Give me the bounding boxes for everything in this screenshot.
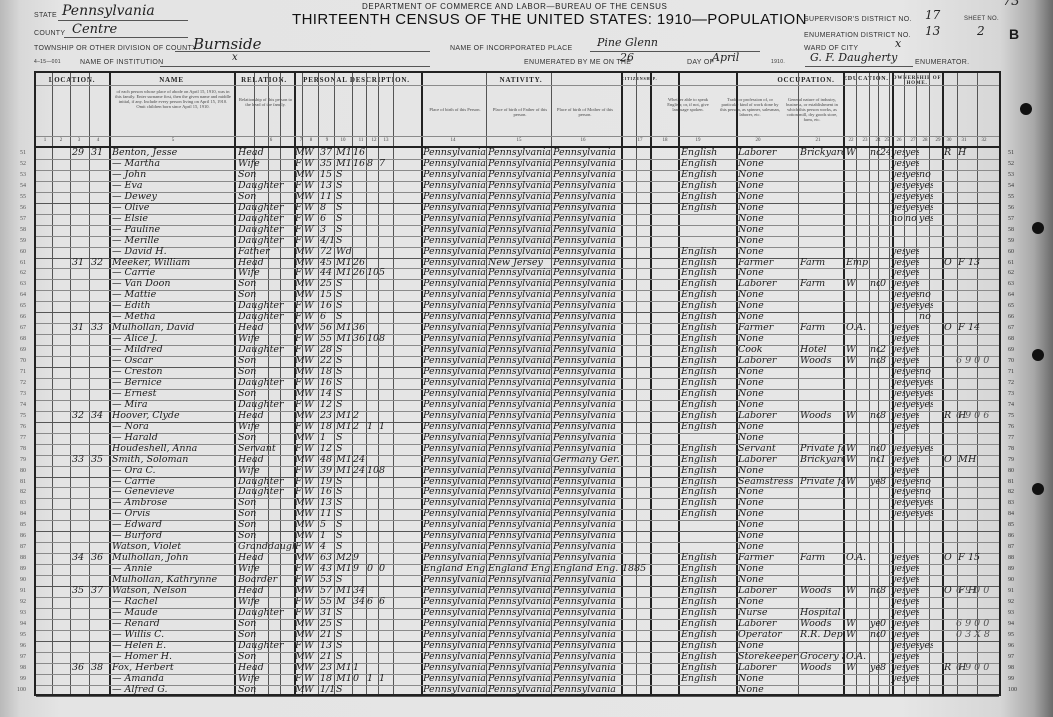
age: 12	[320, 400, 334, 410]
relation: Head	[238, 411, 294, 421]
person-name: Hoover, Clyde	[112, 411, 234, 421]
trade: None	[738, 597, 798, 607]
years-married: 16	[353, 148, 366, 158]
line-number-right: 81	[1008, 479, 1014, 485]
year-label: 1910.	[771, 59, 785, 65]
marital-status: S	[336, 509, 352, 519]
children-born: 1	[367, 422, 378, 432]
birth-place: Pennsylvania	[423, 509, 487, 519]
trade: None	[738, 520, 798, 530]
race: W	[304, 378, 316, 388]
marital-status: S	[336, 290, 352, 300]
relation: Daughter	[238, 477, 294, 487]
age: 21	[320, 652, 334, 662]
table-row: — MildredDaughterFW28SPennsylvaniaPennsy…	[36, 345, 999, 356]
table-row: — CrestonSonMW18SPennsylvaniaPennsylvani…	[36, 367, 999, 378]
immigration-year: 1885	[622, 564, 650, 574]
can-write: yes	[905, 345, 919, 355]
county-label: County	[34, 30, 65, 37]
industry: Hotel	[800, 345, 845, 355]
language: English	[681, 367, 737, 377]
line-number: 79	[6, 457, 26, 463]
age: 13	[320, 641, 334, 651]
birth-place: Pennsylvania	[423, 444, 487, 454]
mother-birth-place: Pennsylvania	[553, 334, 619, 344]
mother-birth-place: Pennsylvania	[553, 433, 619, 443]
person-name: Mulhollan, Kathrynne	[112, 575, 234, 585]
line-number: 59	[6, 238, 26, 244]
can-write: yes	[905, 400, 919, 410]
can-write: yes	[905, 279, 919, 289]
sex: M	[295, 433, 304, 443]
table-row: — BurfordSonMW1SPennsylvaniaPennsylvania…	[36, 531, 999, 542]
table-row: — Alfred G.SonMW1/12SPennsylvaniaPennsyl…	[36, 685, 999, 696]
father-birth-place: Pennsylvania	[488, 619, 552, 629]
table-row: — RachelWifeFW55M3466PennsylvaniaPennsyl…	[36, 597, 999, 608]
language: English	[681, 509, 737, 519]
table-row: — MiraDaughterFW12SPennsylvaniaPennsylva…	[36, 400, 999, 411]
language: English	[681, 498, 737, 508]
race: W	[304, 520, 316, 530]
race: W	[304, 389, 316, 399]
line-number: 64	[6, 292, 26, 298]
header-divider	[36, 136, 999, 137]
can-read: yes	[891, 247, 905, 257]
sex: M	[295, 619, 304, 629]
family-number: 36	[91, 553, 109, 563]
column-number: 19	[691, 138, 705, 143]
birth-place: Pennsylvania	[423, 312, 487, 322]
enumerator-name: G. F. Daugherty	[810, 51, 897, 64]
father-birth-place: Pennsylvania	[488, 652, 552, 662]
father-birth-place: Pennsylvania	[488, 279, 552, 289]
marital-status: S	[336, 531, 352, 541]
mother-birth-place: Pennsylvania	[553, 323, 619, 333]
age: 4/12	[320, 236, 334, 246]
birth-place: Pennsylvania	[423, 455, 487, 465]
line-number-right: 70	[1008, 358, 1014, 364]
children-living: 8	[379, 334, 391, 344]
line-number-right: 73	[1008, 391, 1014, 397]
mother-birth-place: Pennsylvania	[553, 498, 619, 508]
out-of-work: no	[870, 444, 880, 454]
mother-birth-place: Pennsylvania	[553, 444, 619, 454]
column-number: 6	[264, 138, 278, 143]
marital-status: S	[336, 225, 352, 235]
punch-hole	[1020, 103, 1032, 115]
father-birth-place: Pennsylvania	[488, 312, 552, 322]
marital-status: M1	[336, 586, 352, 596]
age: 15	[320, 290, 334, 300]
mother-birth-place: Pennsylvania	[553, 531, 619, 541]
sex: M	[295, 498, 304, 508]
mother-birth-place: Pennsylvania	[553, 367, 619, 377]
marital-status: M1	[336, 334, 352, 344]
employer-status: W	[846, 411, 868, 421]
age: 25	[320, 619, 334, 629]
language: English	[681, 312, 737, 322]
table-row: — RenardSonMW25SPennsylvaniaPennsylvania…	[36, 619, 999, 630]
column-number: 3	[72, 138, 86, 143]
children-born: 8	[367, 159, 378, 169]
language: English	[681, 268, 737, 278]
race: W	[304, 214, 316, 224]
underline	[175, 51, 430, 52]
trade: None	[738, 400, 798, 410]
trade: None	[738, 674, 798, 684]
industry: Farm	[800, 323, 845, 333]
language: English	[681, 279, 737, 289]
line-number: 100	[6, 687, 26, 693]
enumeration-district: 13	[925, 24, 940, 38]
can-read: yes	[891, 674, 905, 684]
relation: Son	[238, 192, 294, 202]
column-number: 8	[304, 138, 318, 143]
race: W	[304, 641, 316, 651]
owned-rented: O	[944, 323, 957, 333]
underline	[160, 66, 430, 67]
relation: Servant	[238, 444, 294, 454]
table-row: — CarrieDaughterFW19SPennsylvaniaPennsyl…	[36, 477, 999, 488]
enumerated-label: Enumerated by me on the	[524, 59, 631, 66]
can-read: yes	[891, 367, 905, 377]
line-number: 68	[6, 336, 26, 342]
trade: None	[738, 367, 798, 377]
relation: Daughter	[238, 378, 294, 388]
person-name: — Eva	[112, 181, 234, 191]
line-number-right: 99	[1008, 676, 1014, 682]
column-number: 28	[918, 138, 932, 143]
line-number: 78	[6, 446, 26, 452]
race: W	[304, 247, 316, 257]
person-name: — Creston	[112, 367, 234, 377]
trade: None	[738, 181, 798, 191]
trade: Storekeeper	[738, 652, 798, 662]
language: English	[681, 652, 737, 662]
relation: Wife	[238, 564, 294, 574]
line-number: 72	[6, 380, 26, 386]
race: W	[304, 345, 316, 355]
person-name: — Bernice	[112, 378, 234, 388]
marital-status: S	[336, 477, 352, 487]
person-name: — Orvis	[112, 509, 234, 519]
line-number: 53	[6, 172, 26, 178]
table-row: — DeweySonMW11SPennsylvaniaPennsylvaniaP…	[36, 192, 999, 203]
line-number-right: 65	[1008, 303, 1014, 309]
trade: None	[738, 290, 798, 300]
farm-schedule: 15	[968, 553, 980, 563]
out-of-work: no	[870, 279, 880, 289]
can-write: yes	[905, 663, 919, 673]
years-married: 24	[353, 466, 366, 476]
can-write: yes	[905, 258, 919, 268]
line-number: 63	[6, 281, 26, 287]
race: W	[304, 487, 316, 497]
marital-status: S	[336, 312, 352, 322]
can-write: yes	[905, 477, 919, 487]
farm-house: F	[958, 553, 968, 563]
sex: M	[295, 630, 304, 640]
birth-place: Pennsylvania	[423, 225, 487, 235]
can-write: yes	[905, 509, 919, 519]
marital-status: S	[336, 487, 352, 497]
age: 11	[320, 509, 334, 519]
can-write: yes	[905, 608, 919, 618]
table-row: — JohnSonMW15SPennsylvaniaPennsylvaniaPe…	[36, 170, 999, 181]
attended-school: no	[919, 290, 933, 300]
race: W	[304, 203, 316, 213]
line-number-right: 66	[1008, 314, 1014, 320]
line-number: 99	[6, 676, 26, 682]
birth-place: Pennsylvania	[423, 608, 487, 618]
line-number: 89	[6, 566, 26, 572]
line-number: 87	[6, 544, 26, 550]
age: 37	[320, 148, 334, 158]
table-row: Watson, VioletGranddaughterFW4SPennsylva…	[36, 542, 999, 553]
age: 13	[320, 181, 334, 191]
birth-place: Pennsylvania	[423, 192, 487, 202]
race: W	[304, 301, 316, 311]
column-number: 31	[957, 138, 971, 143]
line-number-right: 75	[1008, 413, 1014, 419]
trade: Nurse	[738, 608, 798, 618]
section-nativity: Nativity.	[421, 76, 621, 84]
father-birth-place: Pennsylvania	[488, 641, 552, 651]
can-read: yes	[891, 400, 905, 410]
person-name: — Renard	[112, 619, 234, 629]
table-row: — AnnieWifeFW43M1900England Eng.England …	[36, 564, 999, 575]
line-number: 61	[6, 260, 26, 266]
marital-status: S	[336, 279, 352, 289]
trade: Seamstress	[738, 477, 798, 487]
years-married: 36	[353, 334, 366, 344]
language: English	[681, 455, 737, 465]
line-number-right: 54	[1008, 183, 1014, 189]
line-number: 86	[6, 533, 26, 539]
trade: None	[738, 159, 798, 169]
trade: None	[738, 564, 798, 574]
mother-birth-place: Pennsylvania	[553, 542, 619, 552]
age: 5	[320, 520, 334, 530]
father-birth-place: Pennsylvania	[488, 181, 552, 191]
person-name: — John	[112, 170, 234, 180]
birth-place: Pennsylvania	[423, 301, 487, 311]
race: W	[304, 663, 316, 673]
code-marks: 6 9 0 0	[956, 586, 1001, 596]
race: W	[304, 400, 316, 410]
can-read: yes	[891, 148, 905, 158]
line-number-right: 56	[1008, 205, 1014, 211]
employer-status: O.A.	[846, 652, 868, 662]
can-write: yes	[905, 411, 919, 421]
owned-rented: O	[944, 553, 957, 563]
sex: M	[295, 323, 304, 333]
language: English	[681, 258, 737, 268]
line-number: 85	[6, 522, 26, 528]
father-birth-place: Pennsylvania	[488, 170, 552, 180]
line-number-right: 83	[1008, 500, 1014, 506]
language: English	[681, 597, 737, 607]
father-birth-place: Pennsylvania	[488, 301, 552, 311]
row-divider	[36, 696, 999, 697]
age: 13	[320, 498, 334, 508]
line-number: 66	[6, 314, 26, 320]
father-birth-place: Pennsylvania	[488, 663, 552, 673]
father-birth-place: Pennsylvania	[488, 575, 552, 585]
industry: Woods	[800, 619, 845, 629]
can-write: yes	[905, 203, 919, 213]
language: English	[681, 148, 737, 158]
relation: Head	[238, 586, 294, 596]
person-name: — Ora C.	[112, 466, 234, 476]
person-name: — Ambrose	[112, 498, 234, 508]
family-number: 32	[91, 258, 109, 268]
can-read: yes	[891, 203, 905, 213]
person-name: Mulhollan, David	[112, 323, 234, 333]
birth-place: Pennsylvania	[423, 487, 487, 497]
table-row: — MaudeDaughterFW31SPennsylvaniaPennsylv…	[36, 608, 999, 619]
line-number: 92	[6, 599, 26, 605]
race: W	[304, 181, 316, 191]
can-write: no	[905, 214, 919, 224]
institution-label: Name of institution	[80, 59, 163, 66]
mother-birth-place: Pennsylvania	[553, 520, 619, 530]
table-row: — PaulineDaughterFW3SPennsylvaniaPennsyl…	[36, 225, 999, 236]
person-name: — Alice J.	[112, 334, 234, 344]
column-number: 11	[354, 138, 368, 143]
family-number: 33	[91, 323, 109, 333]
table-row: — BerniceDaughterFW16SPennsylvaniaPennsy…	[36, 378, 999, 389]
line-number-right: 82	[1008, 489, 1014, 495]
census-table: Location. Name Relation. Personal Descri…	[34, 71, 1001, 696]
birth-place: Pennsylvania	[423, 258, 487, 268]
ward-value: x	[895, 37, 901, 50]
sex: F	[295, 466, 304, 476]
person-name: — Elsie	[112, 214, 234, 224]
age: 53	[320, 575, 334, 585]
line-number-right: 71	[1008, 369, 1014, 375]
race: W	[304, 356, 316, 366]
line-number: 56	[6, 205, 26, 211]
mother-birth-place: Pennsylvania	[553, 192, 619, 202]
header-divider	[36, 85, 999, 86]
mother-birth-place: Pennsylvania	[553, 345, 619, 355]
age: 55	[320, 597, 334, 607]
language: English	[681, 553, 737, 563]
industry: Private family	[800, 444, 845, 454]
race: W	[304, 444, 316, 454]
column-number: 4	[91, 138, 105, 143]
out-of-work: yes	[870, 663, 880, 673]
can-read: yes	[891, 564, 905, 574]
marital-status: Wd	[336, 247, 352, 257]
marital-status: M	[336, 597, 352, 607]
line-number-right: 98	[1008, 665, 1014, 671]
table-row: 3638Fox, HerbertHeadMW23M11PennsylvaniaP…	[36, 663, 999, 674]
trade: Laborer	[738, 356, 798, 366]
language: English	[681, 301, 737, 311]
sex: M	[295, 531, 304, 541]
years-married: 34	[353, 586, 366, 596]
father-birth-place: Pennsylvania	[488, 148, 552, 158]
can-read: yes	[891, 477, 905, 487]
birth-mother-header: Place of birth of Mother of this person.	[554, 107, 616, 121]
father-birth-place: Pennsylvania	[488, 444, 552, 454]
sex: M	[295, 509, 304, 519]
age: 25	[320, 279, 334, 289]
sex: M	[295, 663, 304, 673]
attended-school: no	[919, 367, 933, 377]
trade: None	[738, 312, 798, 322]
can-write: yes	[905, 367, 919, 377]
table-row: — AmandaWifeFW18M1011PennsylvaniaPennsyl…	[36, 674, 999, 685]
sex: F	[295, 422, 304, 432]
race: W	[304, 411, 316, 421]
children-living: 7	[379, 159, 391, 169]
trade: None	[738, 236, 798, 246]
industry: R.R. Depot	[800, 630, 845, 640]
can-write: yes	[905, 422, 919, 432]
can-write: yes	[905, 444, 919, 454]
race: W	[304, 564, 316, 574]
age: 44	[320, 268, 334, 278]
birth-place: Pennsylvania	[423, 279, 487, 289]
marital-status: S	[336, 444, 352, 454]
relation: Son	[238, 630, 294, 640]
mother-birth-place: Pennsylvania	[553, 685, 619, 695]
mother-birth-place: Pennsylvania	[553, 663, 619, 673]
census-sheet: State Pennsylvania County Centre Townshi…	[0, 0, 1053, 717]
language: English	[681, 378, 737, 388]
person-name: — Mattie	[112, 290, 234, 300]
mother-birth-place: Pennsylvania	[553, 312, 619, 322]
birth-place: Pennsylvania	[423, 356, 487, 366]
trade: None	[738, 466, 798, 476]
birth-place: Pennsylvania	[423, 466, 487, 476]
supervisor-label: Supervisor's District No.	[804, 16, 912, 23]
can-write: yes	[905, 466, 919, 476]
can-write: yes	[905, 455, 919, 465]
birth-place: Pennsylvania	[423, 400, 487, 410]
age: 3	[320, 225, 334, 235]
farm-house: H	[958, 148, 968, 158]
can-write: yes	[905, 630, 919, 640]
can-write: yes	[905, 389, 919, 399]
race: W	[304, 466, 316, 476]
can-write: yes	[905, 652, 919, 662]
table-row: — MethaDaughterFW6SPennsylvaniaPennsylva…	[36, 312, 999, 323]
can-read: yes	[891, 597, 905, 607]
table-row: — HaraldSonMW1SPennsylvaniaPennsylvaniaP…	[36, 433, 999, 444]
can-read: yes	[891, 356, 905, 366]
out-of-work: no	[870, 356, 880, 366]
race: W	[304, 236, 316, 246]
father-birth-place: Pennsylvania	[488, 586, 552, 596]
birth-father-header: Place of birth of Father of this person.	[489, 107, 551, 121]
marital-status: S	[336, 345, 352, 355]
relation: Daughter	[238, 225, 294, 235]
birth-place: Pennsylvania	[423, 203, 487, 213]
father-birth-place: Pennsylvania	[488, 159, 552, 169]
relation: Son	[238, 279, 294, 289]
person-name: — Carrie	[112, 268, 234, 278]
out-of-work: no	[870, 455, 880, 465]
person-name: — Helen E.	[112, 641, 234, 651]
relation: Daughter	[238, 203, 294, 213]
table-row: — Homer H.SonMW21SPennsylvaniaPennsylvan…	[36, 652, 999, 663]
children-born: 6	[367, 597, 378, 607]
line-number-right: 62	[1008, 270, 1014, 276]
